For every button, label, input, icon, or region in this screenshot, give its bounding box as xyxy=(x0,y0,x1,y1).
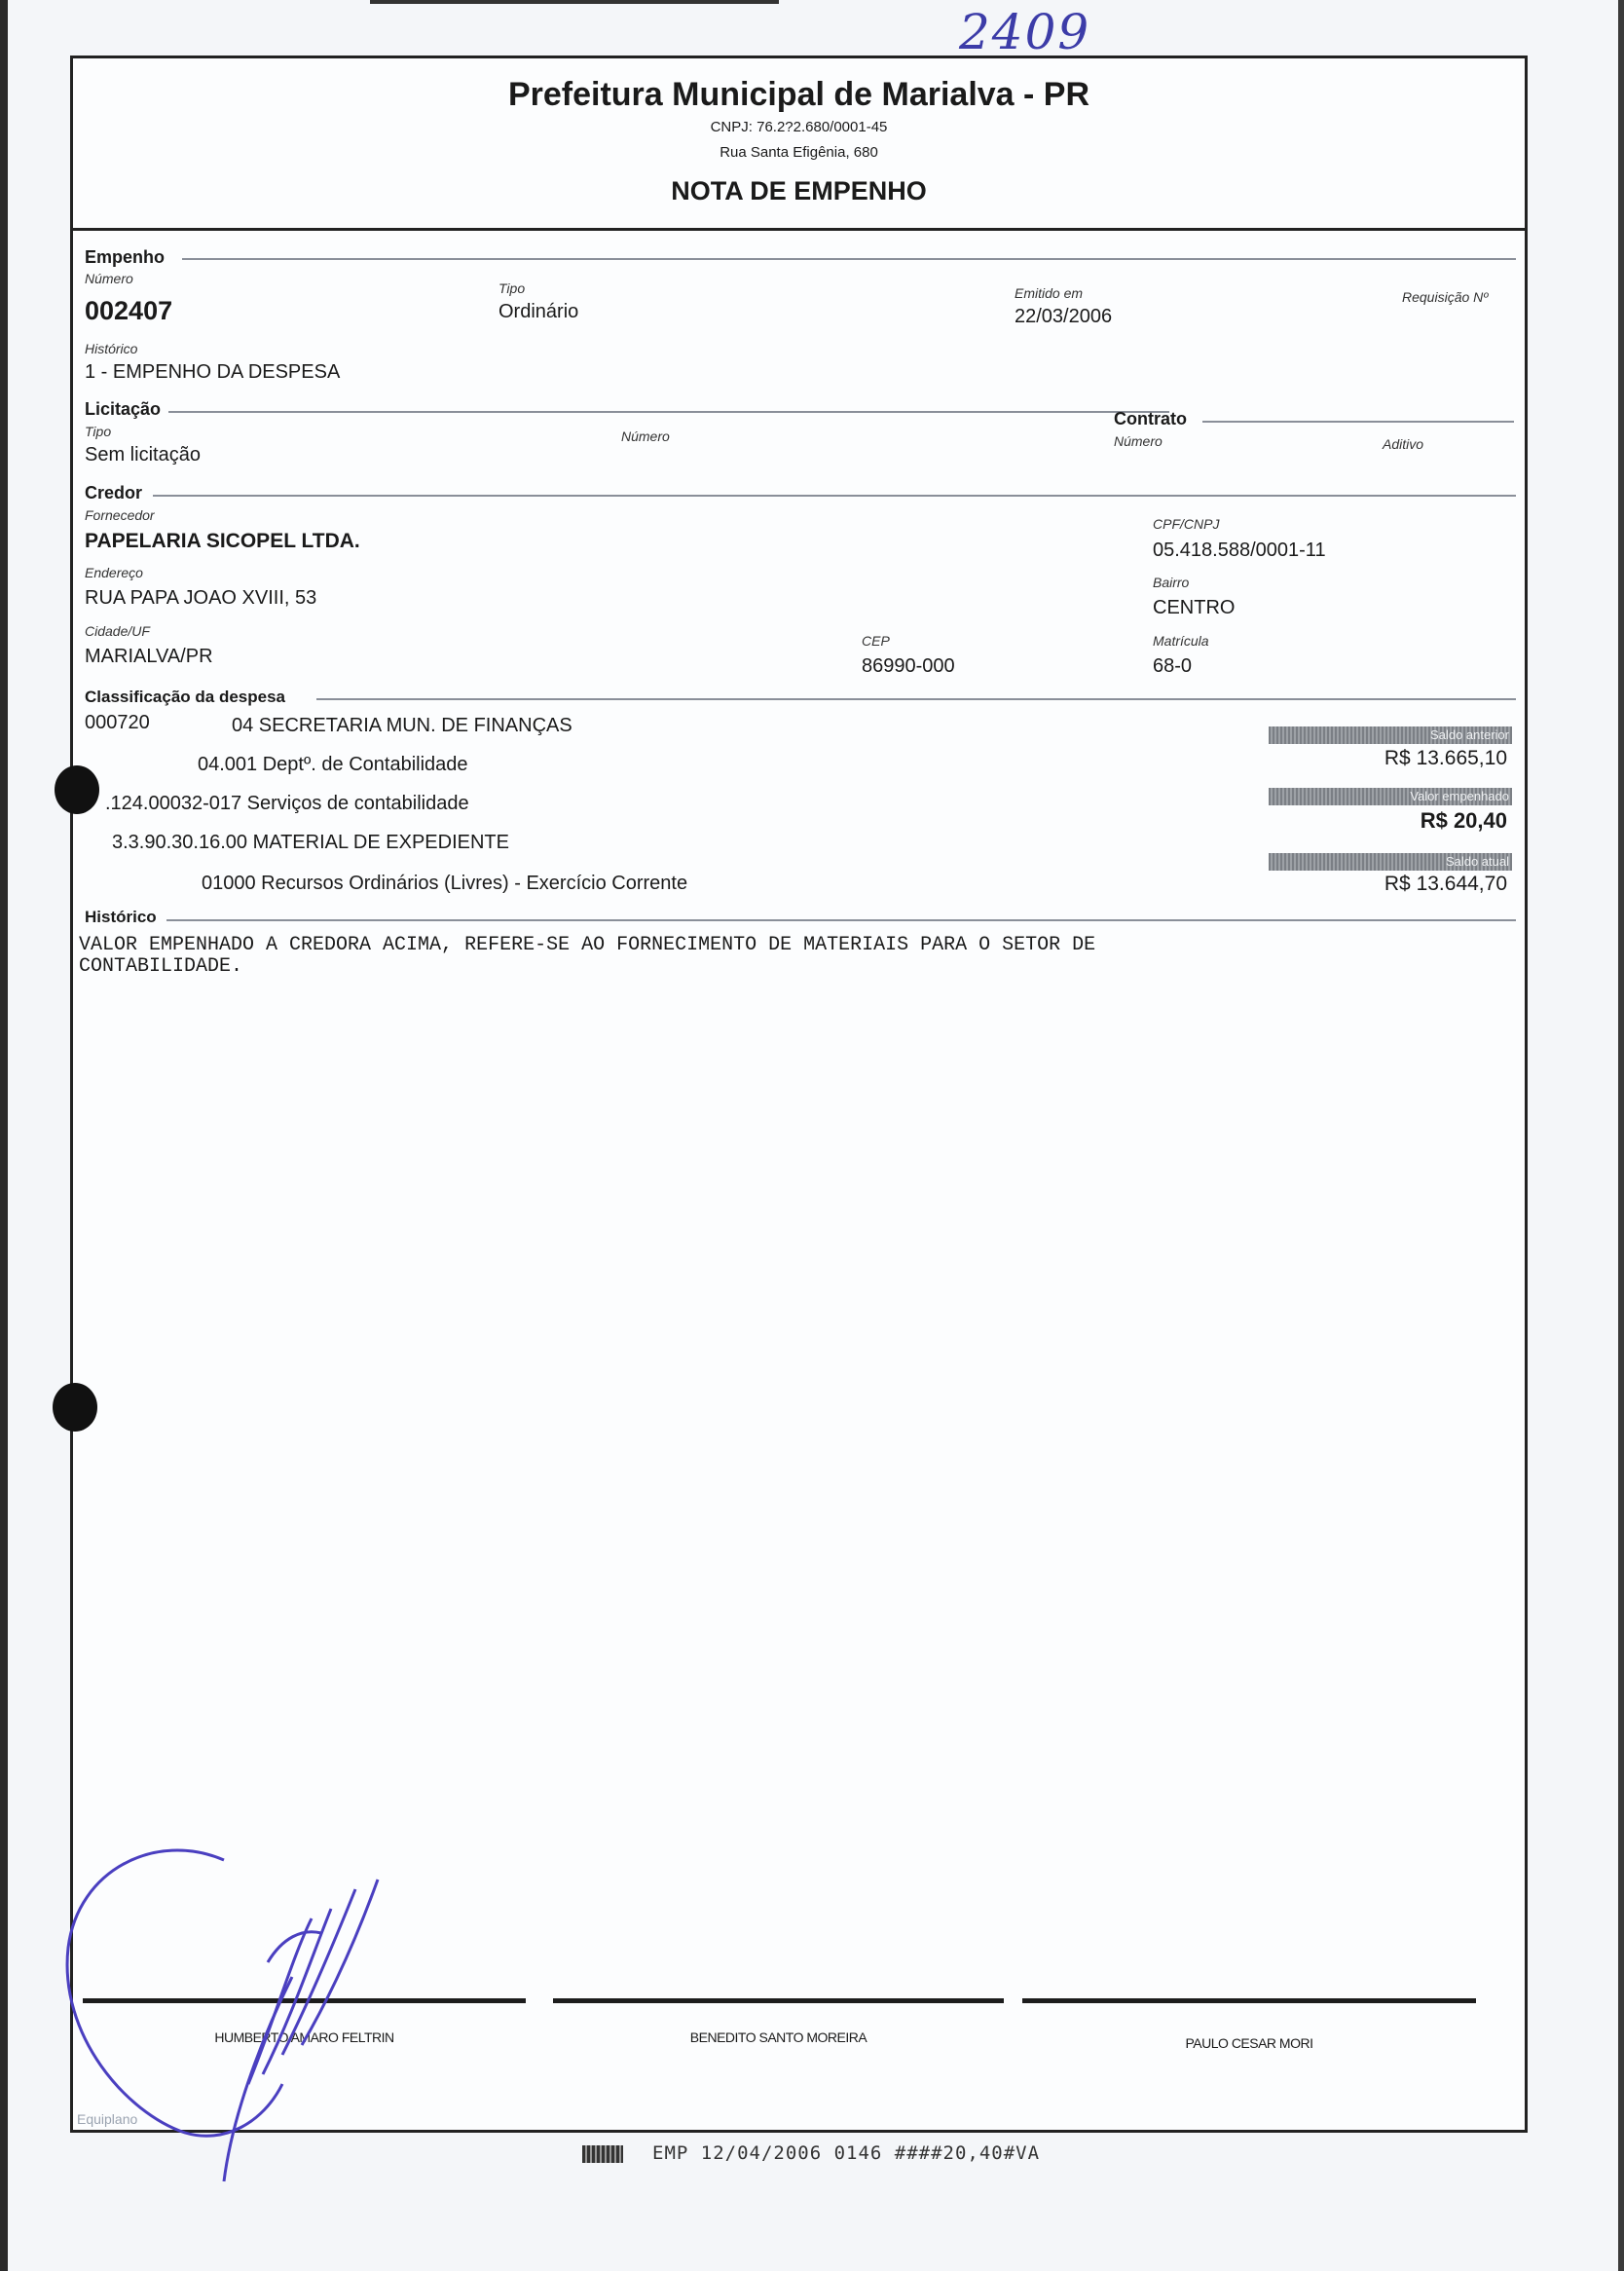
bairro-value: CENTRO xyxy=(1153,597,1235,619)
hole-punch-mark xyxy=(55,765,99,814)
classificacao-orgao: 04 SECRETARIA MUN. DE FINANÇAS xyxy=(232,715,572,737)
fornecedor-label: Fornecedor xyxy=(85,507,155,523)
requisicao-label: Requisição Nº xyxy=(1402,289,1488,305)
section-contrato-title: Contrato xyxy=(1114,409,1187,429)
saldo-atual-value: R$ 13.644,70 xyxy=(1384,873,1507,896)
section-credor-title: Credor xyxy=(85,483,142,503)
licitacao-numero-label: Número xyxy=(621,428,670,444)
empenho-historico-value: 1 - EMPENHO DA DESPESA xyxy=(85,361,340,384)
empenho-historico-label: Histórico xyxy=(85,341,137,356)
section-divider xyxy=(316,698,1516,700)
stamp-logo-icon xyxy=(582,2145,623,2163)
signatory-name-3: PAULO CESAR MORI xyxy=(1022,2035,1476,2051)
emitido-em-value: 22/03/2006 xyxy=(1015,306,1112,328)
signature-line-3 xyxy=(1022,1998,1476,2003)
section-empenho-title: Empenho xyxy=(85,247,165,268)
section-divider xyxy=(182,258,1516,260)
endereco-label: Endereço xyxy=(85,565,143,580)
municipality-title: Prefeitura Municipal de Marialva - PR xyxy=(73,76,1525,114)
section-licitacao-title: Licitação xyxy=(85,399,161,420)
matricula-label: Matrícula xyxy=(1153,633,1209,649)
cidade-uf-label: Cidade/UF xyxy=(85,623,150,639)
scan-artifact xyxy=(370,0,779,4)
saldo-anterior-label: Saldo anterior xyxy=(1269,726,1512,744)
empenho-tipo-value: Ordinário xyxy=(498,301,578,323)
empenho-tipo-label: Tipo xyxy=(498,280,525,296)
signatory-name-2: BENEDITO SANTO MOREIRA xyxy=(553,2029,1004,2045)
saldo-atual-label: Saldo atual xyxy=(1269,853,1512,871)
licitacao-tipo-label: Tipo xyxy=(85,424,111,439)
document-type-title: NOTA DE EMPENHO xyxy=(73,176,1525,206)
section-historico-title: Histórico xyxy=(85,908,157,927)
bairro-label: Bairro xyxy=(1153,575,1189,590)
payment-stamp: EMP 12/04/2006 0146 ####20,40#VA xyxy=(582,2142,1040,2164)
cep-value: 86990-000 xyxy=(862,655,955,678)
contrato-aditivo-label: Aditivo xyxy=(1383,436,1423,452)
signature-line-2 xyxy=(553,1998,1004,2003)
empenho-numero-value: 002407 xyxy=(85,296,172,326)
section-divider xyxy=(1202,421,1514,423)
licitacao-tipo-value: Sem licitação xyxy=(85,444,201,466)
historico-text: VALOR EMPENHADO A CREDORA ACIMA, REFERE-… xyxy=(79,935,1461,978)
section-divider xyxy=(168,411,1169,413)
classificacao-funcional: .124.00032-017 Serviços de contabilidade xyxy=(105,793,469,815)
valor-empenhado-value: R$ 20,40 xyxy=(1421,808,1507,834)
section-divider xyxy=(166,919,1516,921)
classificacao-elemento: 3.3.90.30.16.00 MATERIAL DE EXPEDIENTE xyxy=(112,832,509,854)
empenho-numero-label: Número xyxy=(85,271,133,286)
section-divider xyxy=(153,495,1516,497)
document-header: Prefeitura Municipal de Marialva - PR CN… xyxy=(73,58,1525,231)
matricula-value: 68-0 xyxy=(1153,655,1192,678)
fornecedor-value: PAPELARIA SICOPEL LTDA. xyxy=(85,530,360,553)
cep-label: CEP xyxy=(862,633,890,649)
municipality-address: Rua Santa Efigênia, 680 xyxy=(73,144,1525,161)
contrato-numero-label: Número xyxy=(1114,433,1163,449)
saldo-anterior-value: R$ 13.665,10 xyxy=(1384,747,1507,770)
page-edge-right xyxy=(1618,0,1624,2271)
cidade-uf-value: MARIALVA/PR xyxy=(85,646,213,668)
cpf-cnpj-label: CPF/CNPJ xyxy=(1153,516,1219,532)
hole-punch-mark xyxy=(53,1383,97,1432)
classificacao-recurso: 01000 Recursos Ordinários (Livres) - Exe… xyxy=(202,873,687,895)
page-edge-left xyxy=(0,0,8,2271)
handwritten-signature-icon xyxy=(39,1792,448,2191)
section-classificacao-title: Classificação da despesa xyxy=(85,688,285,707)
emitido-em-label: Emitido em xyxy=(1015,285,1083,301)
stamp-text: EMP 12/04/2006 0146 ####20,40#VA xyxy=(652,2142,1040,2164)
classificacao-code: 000720 xyxy=(85,712,150,734)
classificacao-unidade: 04.001 Deptº. de Contabilidade xyxy=(198,754,468,776)
municipality-cnpj: CNPJ: 76.2?2.680/0001-45 xyxy=(73,119,1525,135)
cpf-cnpj-value: 05.418.588/0001-11 xyxy=(1153,540,1326,562)
handwritten-page-number: 2409 xyxy=(959,4,1090,60)
endereco-value: RUA PAPA JOAO XVIII, 53 xyxy=(85,587,316,610)
valor-empenhado-label: Valor empenhado xyxy=(1269,788,1512,805)
